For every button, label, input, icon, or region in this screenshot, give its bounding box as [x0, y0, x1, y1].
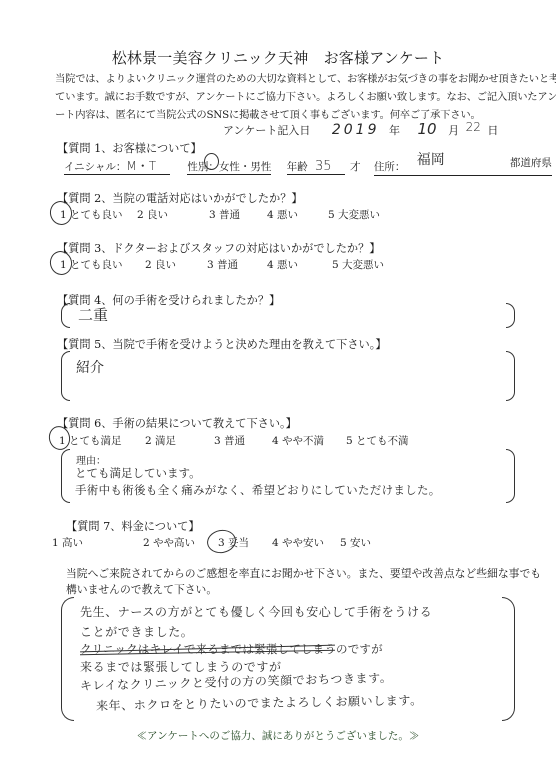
gender-separator: ・	[240, 161, 251, 173]
month-unit: 月	[448, 124, 459, 137]
q6-option-5[interactable]: 5 とても不満	[346, 433, 409, 448]
intro-line-1: 当院では、よりよいクリニック運営のための大切な資料として、お客様がお気づきの事を…	[55, 70, 556, 85]
q5-bracket-left	[61, 351, 70, 401]
address-value: 福岡	[417, 152, 445, 168]
q1-heading: 【質問 1、お客様について】	[57, 140, 202, 156]
comments-answer-line-1[interactable]: 先生、ナースの方がとても優しく今回も安心して手術をうける	[80, 603, 432, 620]
intro-line-3: ート内容は、匿名にて当院公式のSNSに掲載させて頂く事もございます。何卒ご了承下…	[55, 106, 481, 121]
q3-heading: 【質問 3、ドクターおよびスタッフの対応はいかがでしたか？】	[57, 240, 380, 256]
q5-answer[interactable]: 紹介	[76, 357, 104, 377]
q6-option-4[interactable]: 4 やや不満	[272, 433, 324, 448]
comments-bracket-left	[61, 597, 74, 721]
q1-fields: イニシャル：M・T 性別：女性・男性 年齢 35 才 住所： 福岡 都道府県	[64, 155, 552, 176]
address-label: 住所：	[374, 161, 406, 173]
q2-option-3[interactable]: 3 普通	[209, 207, 240, 222]
gender-option-male[interactable]: 男性	[250, 161, 271, 173]
age-value: 35	[315, 159, 332, 174]
q6-bracket-left	[61, 449, 70, 503]
q6-reason-line-2[interactable]: 手術中も術後も全く痛みがなく、希望どおりにしていただけました。	[75, 482, 441, 498]
q3-option-3[interactable]: 3 普通	[207, 257, 238, 272]
gender-option-female[interactable]: 女性	[219, 161, 240, 173]
comments-prompt-line-1: 当院へご来院されてからのご感想を率直にお聞かせ下さい。また、要望や改善点など些細…	[66, 566, 541, 581]
q4-bracket-right	[506, 303, 515, 328]
q5-bracket-right	[506, 351, 515, 401]
year-unit: 年	[389, 124, 400, 137]
day-unit: 日	[487, 124, 498, 137]
q6-bracket-right	[506, 449, 515, 503]
q3-option-2[interactable]: 2 良い	[145, 257, 176, 272]
q6-reason-line-1[interactable]: とても満足しています。	[75, 465, 201, 481]
date-label: アンケート記入日	[223, 124, 310, 137]
age-unit: 才	[350, 161, 361, 173]
q3-option-4[interactable]: 4 悪い	[267, 257, 298, 272]
thank-you-footer: ≪アンケートへのご協力、誠にありがとうございました。≫	[0, 728, 556, 743]
q3-option-5[interactable]: 5 大変悪い	[332, 257, 384, 272]
q7-heading: 【質問 7、料金について】	[66, 518, 200, 534]
q7-option-4[interactable]: 4 やや安い	[272, 535, 324, 550]
q2-option-4[interactable]: 4 悪い	[267, 207, 298, 222]
age-label: 年齢	[287, 161, 308, 173]
intro-line-2: ています。誠にお手数ですが、アンケートにご協力下さい。よろしくお願い致します。な…	[55, 88, 556, 103]
address-unit: 都道府県	[510, 155, 552, 170]
q6-heading: 【質問 6、手術の結果について教えて下さい。】	[57, 415, 297, 431]
date-day-value[interactable]: 22	[466, 120, 481, 134]
q6-option-3[interactable]: 3 普通	[214, 433, 245, 448]
initial-label: イニシャル：	[64, 161, 126, 173]
q7-option-5[interactable]: 5 安い	[340, 535, 371, 550]
date-month-value[interactable]: 10	[417, 120, 436, 138]
gender-selection-circle	[204, 153, 219, 170]
q5-heading: 【質問 5、当院で手術を受けようと決めた理由を教えて下さい。】	[57, 336, 387, 352]
date-row: アンケート記入日 2019 年 10 月 22 日	[223, 120, 498, 138]
survey-title: 松林景一美容クリニック天神 お客様アンケート	[0, 47, 556, 68]
q2-heading: 【質問 2、当院の電話対応はいかがでしたか？】	[57, 190, 303, 206]
comments-bracket-right	[502, 597, 515, 721]
q4-answer[interactable]: 二重	[78, 304, 108, 325]
address-field[interactable]: 住所： 福岡 都道府県	[374, 155, 552, 176]
comments-prompt-line-2: 構いませんので教えて下さい。	[66, 582, 217, 597]
q6-option-2[interactable]: 2 満足	[145, 433, 176, 448]
initial-field[interactable]: イニシャル：M・T	[64, 157, 170, 175]
initial-value: M・T	[126, 159, 156, 173]
q7-selection-circle	[205, 528, 238, 556]
gender-field[interactable]: 性別：女性・男性	[187, 159, 271, 175]
q2-option-5[interactable]: 5 大変悪い	[328, 207, 380, 222]
q2-option-2[interactable]: 2 良い	[137, 207, 168, 222]
q7-option-1[interactable]: 1 高い	[52, 535, 83, 550]
comments-answer-line-struck[interactable]: クリニックはキレイで来るまでは緊張してしまうのですが	[80, 641, 383, 657]
comments-answer-line-2[interactable]: ことができました。	[80, 623, 193, 640]
comments-answer-line-5[interactable]: 来年、ホクロをとりたいのでまたよろしくお願いします。	[96, 691, 423, 714]
age-field[interactable]: 年齢 35	[287, 159, 345, 175]
q7-option-2[interactable]: 2 やや高い	[143, 535, 195, 550]
q4-bracket-left	[61, 303, 70, 328]
date-year-value[interactable]: 2019	[332, 122, 380, 138]
